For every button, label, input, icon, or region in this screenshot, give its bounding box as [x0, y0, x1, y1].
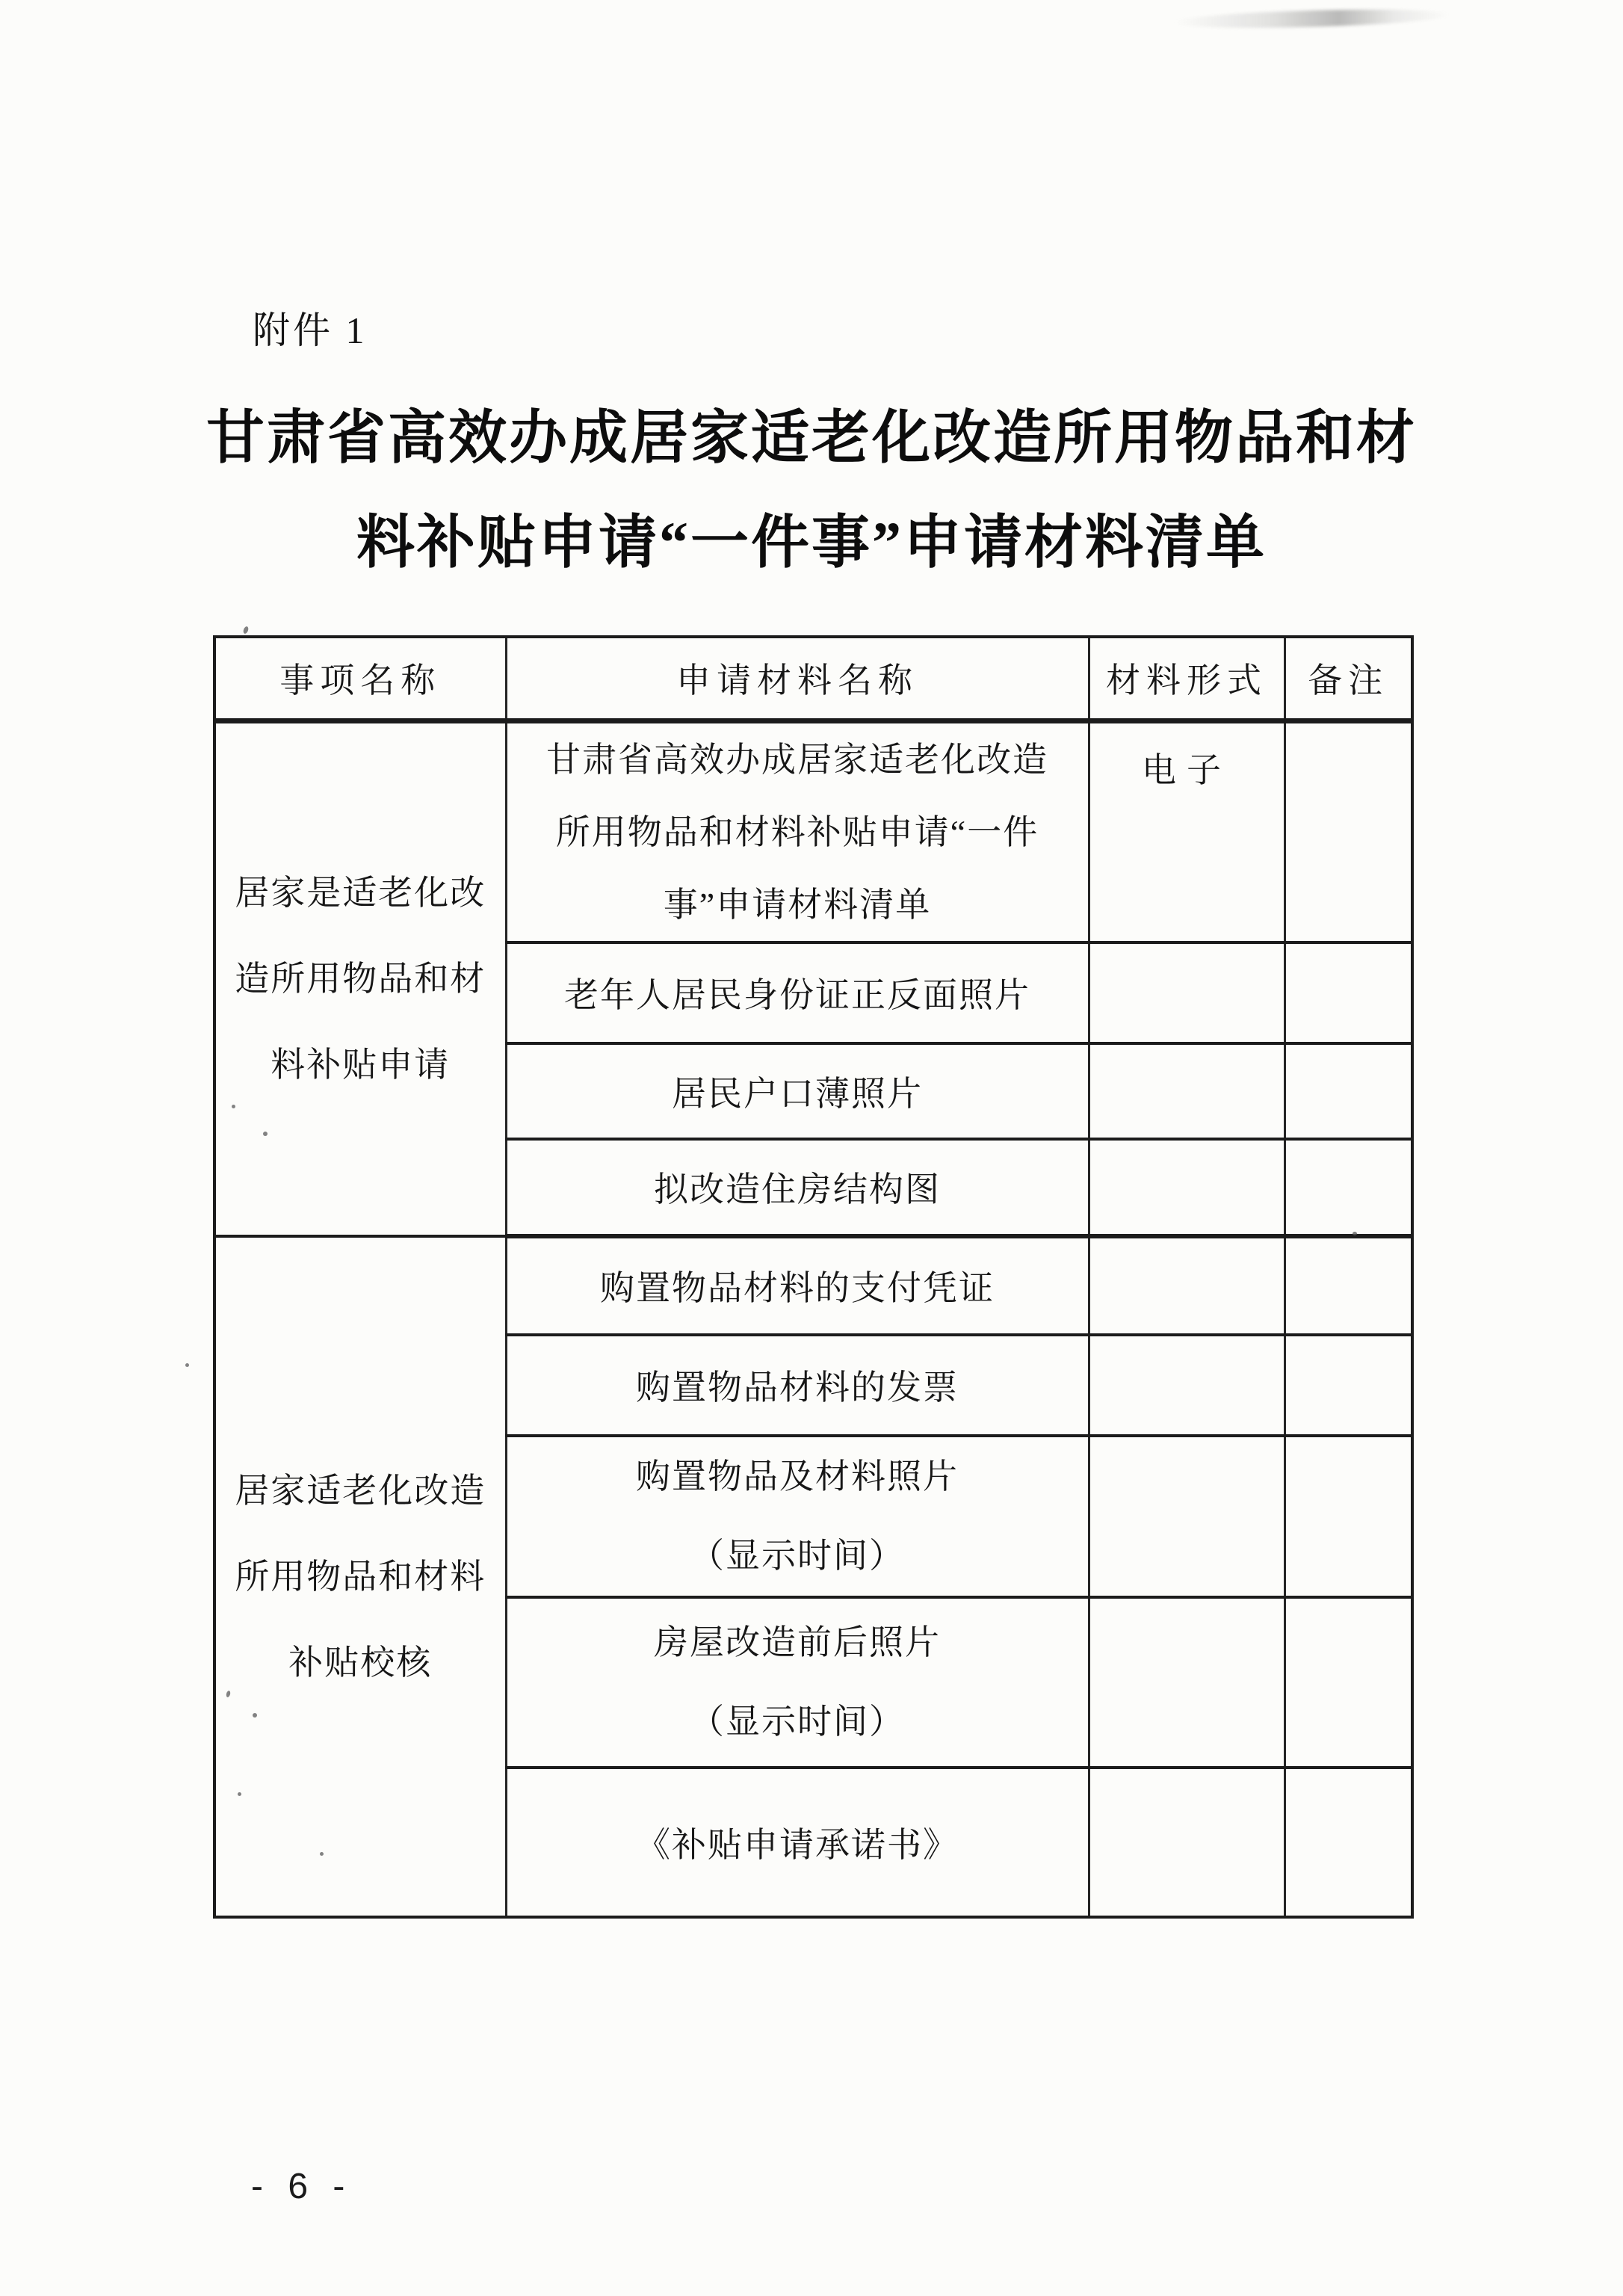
note-cell — [1285, 1043, 1412, 1139]
scan-speck — [232, 1105, 235, 1108]
form-cell — [1089, 1236, 1285, 1335]
note-cell — [1285, 1236, 1412, 1335]
note-cell — [1285, 1768, 1412, 1917]
material-cell: 拟改造住房结构图 — [506, 1139, 1089, 1236]
form-cell — [1089, 1436, 1285, 1597]
materials-list-table-wrap: 事项名称 申请材料名称 材料形式 备注 居家是适老化改 造所用物品和材 料补贴申… — [213, 635, 1414, 1919]
material-cell: 购置物品材料的支付凭证 — [506, 1236, 1089, 1335]
note-cell — [1285, 720, 1412, 942]
page-title-line-1: 甘肃省高效办成居家适老化改造所用物品和材 — [0, 386, 1623, 490]
material-cell: 购置物品材料的发票 — [506, 1335, 1089, 1436]
scan-speck — [253, 1713, 257, 1718]
attachment-label: 附件 1 — [253, 300, 368, 354]
material-cell: 居民户口薄照片 — [506, 1043, 1089, 1139]
form-cell — [1089, 1139, 1285, 1236]
header-cell-note: 备注 — [1285, 637, 1412, 720]
note-cell — [1285, 942, 1412, 1043]
material-cell: 甘肃省高效办成居家适老化改造 所用物品和材料补贴申请“一件 事”申请材料清单 — [506, 720, 1089, 942]
form-cell — [1089, 1043, 1285, 1139]
page-title-line-2: 料补贴申请“一件事”申请材料清单 — [0, 490, 1623, 595]
material-cell: 房屋改造前后照片 （显示时间） — [506, 1597, 1089, 1768]
material-cell: 老年人居民身份证正反面照片 — [506, 942, 1089, 1043]
form-cell: 电子 — [1089, 720, 1285, 942]
scan-smudge — [1173, 7, 1450, 31]
note-cell — [1285, 1436, 1412, 1597]
form-cell — [1089, 1335, 1285, 1436]
scan-speck — [242, 626, 249, 634]
table-header-row: 事项名称 申请材料名称 材料形式 备注 — [214, 637, 1412, 720]
item-name-cell-group2: 居家适老化改造 所用物品和材料 补贴校核 — [214, 1236, 506, 1917]
header-cell-item-name: 事项名称 — [214, 637, 506, 720]
note-cell — [1285, 1597, 1412, 1768]
page-title: 甘肃省高效办成居家适老化改造所用物品和材 料补贴申请“一件事”申请材料清单 — [0, 386, 1623, 595]
form-cell — [1089, 1768, 1285, 1917]
materials-list-table: 事项名称 申请材料名称 材料形式 备注 居家是适老化改 造所用物品和材 料补贴申… — [213, 635, 1414, 1919]
form-cell — [1089, 942, 1285, 1043]
scan-speck — [263, 1132, 268, 1136]
note-cell — [1285, 1139, 1412, 1236]
scan-speck — [238, 1792, 241, 1796]
page-number: - 6 - — [251, 2166, 352, 2207]
scan-speck — [1352, 1232, 1357, 1235]
scan-speck — [320, 1852, 324, 1856]
material-cell: 《补贴申请承诺书》 — [506, 1768, 1089, 1917]
scan-speck — [185, 1363, 189, 1367]
form-cell — [1089, 1597, 1285, 1768]
header-cell-material-name: 申请材料名称 — [506, 637, 1089, 720]
note-cell — [1285, 1335, 1412, 1436]
material-cell: 购置物品及材料照片 （显示时间） — [506, 1436, 1089, 1597]
item-name-cell-group1: 居家是适老化改 造所用物品和材 料补贴申请 — [214, 720, 506, 1236]
scanned-document-page: { "page": { "attachment_label": "附件 1", … — [0, 0, 1623, 2296]
table-row: 居家适老化改造 所用物品和材料 补贴校核 购置物品材料的支付凭证 — [214, 1236, 1412, 1335]
table-row: 居家是适老化改 造所用物品和材 料补贴申请 甘肃省高效办成居家适老化改造 所用物… — [214, 720, 1412, 942]
header-cell-material-form: 材料形式 — [1089, 637, 1285, 720]
